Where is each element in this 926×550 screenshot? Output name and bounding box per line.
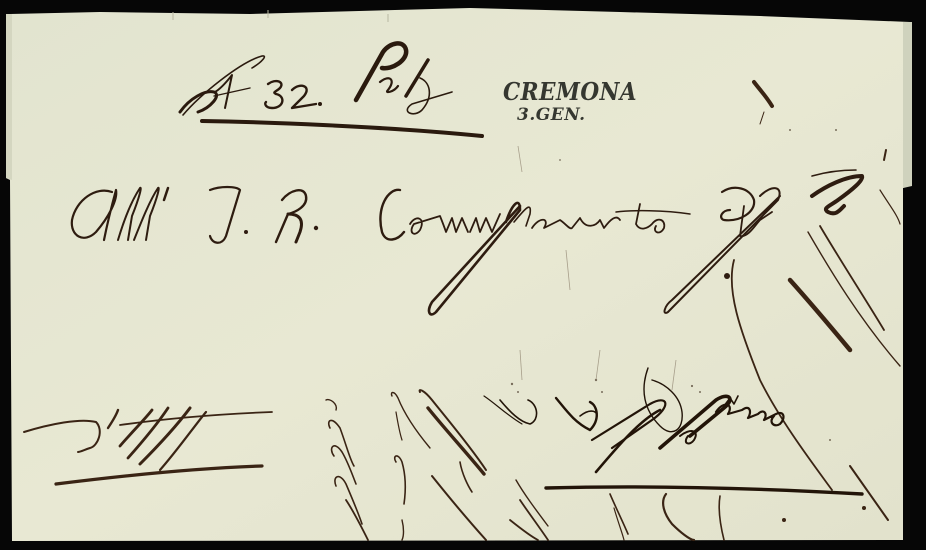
postmark-date: 3.GEN. bbox=[517, 107, 673, 124]
postmark-town: CREMONA bbox=[503, 80, 656, 104]
left-flap-edge bbox=[6, 14, 12, 180]
right-flap-edge bbox=[903, 22, 912, 188]
cremona-postmark: CREMONA 3.GEN. bbox=[503, 80, 673, 124]
scan-background: CREMONA 3.GEN. N 32. Pol. All' I. R. Com… bbox=[0, 0, 926, 550]
entire-letter: CREMONA 3.GEN. N 32. Pol. All' I. R. Com… bbox=[0, 0, 926, 550]
paper-sheet bbox=[0, 0, 926, 550]
